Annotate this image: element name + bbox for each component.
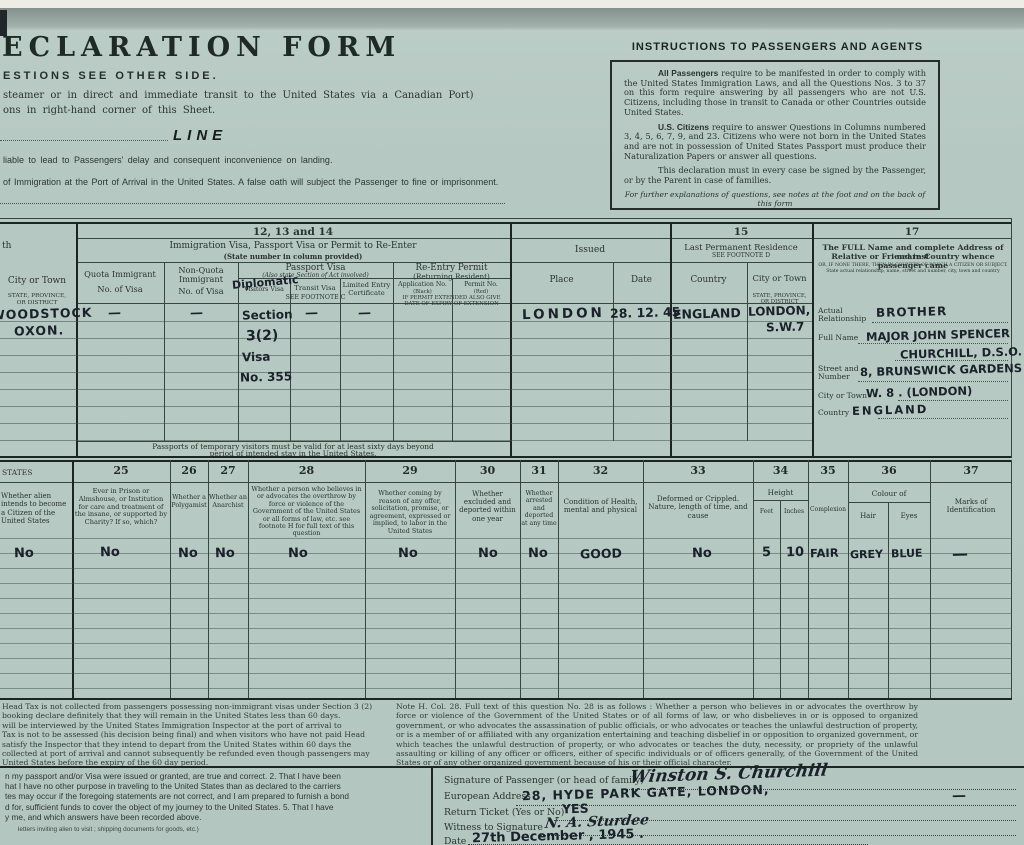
col-33-number: 33 — [643, 464, 753, 477]
form-subtitle: ESTIONS SEE OTHER SIDE. — [3, 70, 219, 82]
street-number-label2: Number — [818, 372, 850, 381]
col-36-header: Colour of — [848, 489, 930, 498]
relative-country-label: Country — [818, 408, 849, 417]
col-31-number: 31 — [520, 464, 558, 477]
visa-section-value2: 3(2) — [246, 328, 279, 345]
signature-label: Signature of Passenger (or head of famil… — [444, 775, 644, 786]
col-33-header: Deformed or Crippled. Nature, length of … — [645, 495, 751, 520]
col-30-header: Whether excluded and deported within one… — [457, 490, 518, 523]
col-31-header: Whether arrested and deported at any tim… — [521, 490, 557, 527]
footnote-left-line: satisfy the Inspector that they intend t… — [2, 740, 392, 749]
line-blank-rule — [0, 140, 168, 141]
col-26-value: No — [178, 546, 198, 562]
col-30-number: 30 — [455, 464, 520, 477]
hair-subheader: Hair — [848, 512, 888, 520]
declaration-line: hat I have no other purpose in traveling… — [5, 781, 429, 791]
col-26-header: Whether a Polygamist — [171, 494, 207, 510]
residence-header: Last Permanent Residence — [670, 242, 812, 252]
col-25-number: 25 — [72, 464, 170, 477]
scan-edge-top — [0, 0, 1024, 8]
col-36-number: 36 — [848, 464, 930, 477]
quota-immigrant-header2: No. of Visa — [76, 284, 164, 294]
visa-group-subtitle: (State number in column provided) — [76, 252, 510, 261]
col-26-number: 26 — [170, 464, 208, 477]
residence-city-value2: S.W.7 — [766, 320, 805, 335]
place-header: Place — [510, 275, 613, 285]
col-34-header: Height — [753, 488, 808, 497]
col-35-number: 35 — [808, 464, 848, 477]
col-33-value: No — [692, 546, 712, 562]
residence-country-value: ENGLAND — [673, 305, 741, 322]
declaration-line: d for, sufficient funds to cover the obj… — [5, 802, 429, 812]
birthplace-value: WOODSTOCK — [0, 305, 93, 323]
footnote-left-line: Tax is not to be assessed (his decision … — [2, 730, 392, 739]
col-24-header: Whether alien intends to become a Citize… — [0, 492, 71, 526]
birthplace-value2: OXON. — [14, 322, 65, 338]
issued-place-value: LONDON — [522, 305, 605, 323]
col-29-header: Whether coming by reason of any offer, s… — [367, 490, 453, 536]
marks-value: — — [952, 544, 968, 563]
instructions-p2-lead: U.S. Citizens — [658, 122, 709, 132]
col-28-value: No — [288, 546, 308, 562]
see-footnote-c: SEE FOOTNOTE C — [238, 294, 393, 301]
country-header: Country — [670, 275, 747, 285]
relative-city-value: W. 8 . (LONDON) — [866, 384, 973, 401]
col-29-value: No — [398, 546, 418, 562]
nonquota-value: — — [190, 306, 203, 321]
nonquota-header3: No. of Visa — [164, 286, 238, 296]
col-34-number: 34 — [753, 464, 808, 477]
header-line2: ons in right-hand corner of this Sheet. — [3, 105, 215, 116]
european-address-label: European Address — [444, 791, 531, 802]
feet-subheader: Feet — [753, 508, 780, 515]
declaration-line: y me, and which answers have been record… — [5, 812, 429, 822]
footnote-left-line: booking declare definitely that they wil… — [2, 711, 392, 720]
issued-date-value: 28. 12. 45 — [610, 304, 681, 321]
col-35-header: Complexion — [808, 506, 848, 513]
footnote-left-line: will be interviewed by the United States… — [2, 721, 392, 730]
header-caution2: of Immigration at the Port of Arrival in… — [3, 177, 498, 187]
declaration-text: n my passport and/or Visa were issued or… — [5, 771, 429, 822]
col-32-number: 32 — [558, 464, 643, 477]
quota-immigrant-header: Quota Immigrant — [76, 269, 164, 279]
limited-entry-value: — — [358, 306, 371, 321]
col-25-header: Ever in Prison or Almshouse, or Institut… — [74, 488, 168, 527]
street-number-value: 8, BRUNSWICK GARDENS — [860, 361, 1022, 379]
relative-country-value: ENGLAND — [852, 402, 929, 418]
passport-validity-note2: period of intended stay in the United St… — [76, 449, 510, 458]
transit-visa-value: — — [305, 306, 318, 321]
birth-column-fragment: th — [2, 241, 22, 251]
instructions-p1-lead: All Passengers — [658, 68, 718, 78]
visa-section-value1: Section — [242, 307, 293, 322]
full-name-label: Full Name — [818, 333, 858, 342]
instructions-p3: This declaration must in every case be s… — [624, 166, 926, 185]
visa-section-value3: Visa — [242, 350, 271, 365]
nonquota-header2: Immigrant — [164, 274, 238, 284]
relative-city-label: City or Town — [818, 391, 867, 400]
residence-number: 15 — [670, 226, 812, 238]
residence-footnote: SEE FOOTNOTE D — [670, 252, 812, 259]
col-31-value: No — [528, 546, 548, 562]
col-30-value: No — [478, 546, 498, 562]
relationship-value: BROTHER — [876, 304, 948, 320]
col-27-number: 27 — [208, 464, 248, 477]
limited-entry-header: Limited Entry — [340, 281, 393, 289]
col-25-value: No — [100, 545, 120, 561]
col-37-header: Marks of Identification — [932, 498, 1010, 515]
quota-value: — — [108, 306, 121, 321]
state-province-label: STATE, PROVINCE, — [0, 293, 74, 299]
relationship-label2: Relationship — [818, 314, 866, 323]
relative-title4: State actual relationship, name, street … — [816, 269, 1010, 274]
header-dotted-rule — [0, 203, 505, 204]
permit-no-header: Permit No. — [452, 281, 510, 288]
col-29-number: 29 — [365, 464, 455, 477]
european-address-dash: — — [952, 788, 966, 804]
reentry-permit-subheader: (Returning Resident) — [393, 272, 510, 281]
instructions-box: All Passengers require to be manifested … — [610, 60, 940, 210]
declaration-line: tes may occur if the foregoing statement… — [5, 791, 429, 801]
residence-city-value: LONDON, — [748, 303, 811, 319]
instructions-p4: For further explanations of questions, s… — [624, 190, 926, 208]
citizen-intent-value: No — [14, 546, 34, 562]
visa-section-value4: No. 355 — [240, 369, 292, 384]
col-27-value: No — [215, 546, 235, 562]
col-32-value: GOOD — [580, 545, 622, 561]
line-word: LINE — [173, 127, 227, 144]
height-inches-value: 10 — [786, 545, 804, 560]
header-line1: steamer or in direct and immediate trans… — [3, 90, 474, 101]
date-header: Date — [613, 275, 670, 285]
col-28-header: Whether a person who believes in or advo… — [250, 486, 363, 538]
full-name-value: MAJOR JOHN SPENCER — [866, 326, 1010, 344]
footnote-left-line: Head Tax is not collected from passenger… — [2, 702, 392, 711]
declaration-smallprint: letters inviting alien to visit ; shippi… — [18, 826, 199, 833]
instructions-title: INSTRUCTIONS TO PASSENGERS AND AGENTS — [600, 41, 955, 53]
relative-title3: OR, IF NONE THERE, THEN IN COUNTRY OF WH… — [816, 263, 1010, 268]
relative-number: 17 — [812, 226, 1012, 238]
residence-city-header: City or Town — [747, 273, 812, 283]
col-28-number: 28 — [248, 464, 365, 477]
eye-colour-value: BLUE — [891, 547, 923, 561]
application-no-header: Application No. — [393, 281, 452, 288]
footnote-h: Note H. Col. 28. Full text of this quest… — [396, 702, 918, 768]
hair-colour-value: GREY — [850, 548, 883, 562]
permit-extended-note2: DATE OF EXPIRY OF EXTENSION — [393, 301, 510, 307]
inches-subheader: Inches — [780, 508, 808, 515]
col-32-header: Condition of Health, mental and physical — [560, 498, 641, 515]
visa-group-number: 12, 13 and 14 — [76, 226, 510, 238]
date-label: Date — [444, 836, 466, 845]
footnote-left: Head Tax is not collected from passenger… — [2, 702, 392, 768]
visa-group-title: Immigration Visa, Passport Visa or Permi… — [76, 241, 510, 251]
col-37-number: 37 — [930, 464, 1012, 477]
footnote-left-line: collected at port of arrival and cannot … — [2, 749, 392, 758]
height-feet-value: 5 — [762, 545, 771, 560]
complexion-value: FAIR — [810, 546, 839, 561]
declaration-line: n my passport and/or Visa were issued or… — [5, 771, 429, 781]
scan-shadow-band — [0, 8, 1024, 30]
eyes-subheader: Eyes — [888, 512, 930, 520]
header-caution1: liable to lead to Passengers' delay and … — [3, 155, 332, 165]
states-fragment: STATES — [2, 468, 32, 477]
city-or-town-label: City or Town — [0, 276, 74, 286]
issued-header: Issued — [510, 244, 670, 255]
col-27-header: Whether an Anarchist — [209, 494, 247, 510]
declaration-form-scan: ECLARATION FORM ESTIONS SEE OTHER SIDE. … — [0, 0, 1024, 845]
form-title: ECLARATION FORM — [2, 32, 401, 63]
